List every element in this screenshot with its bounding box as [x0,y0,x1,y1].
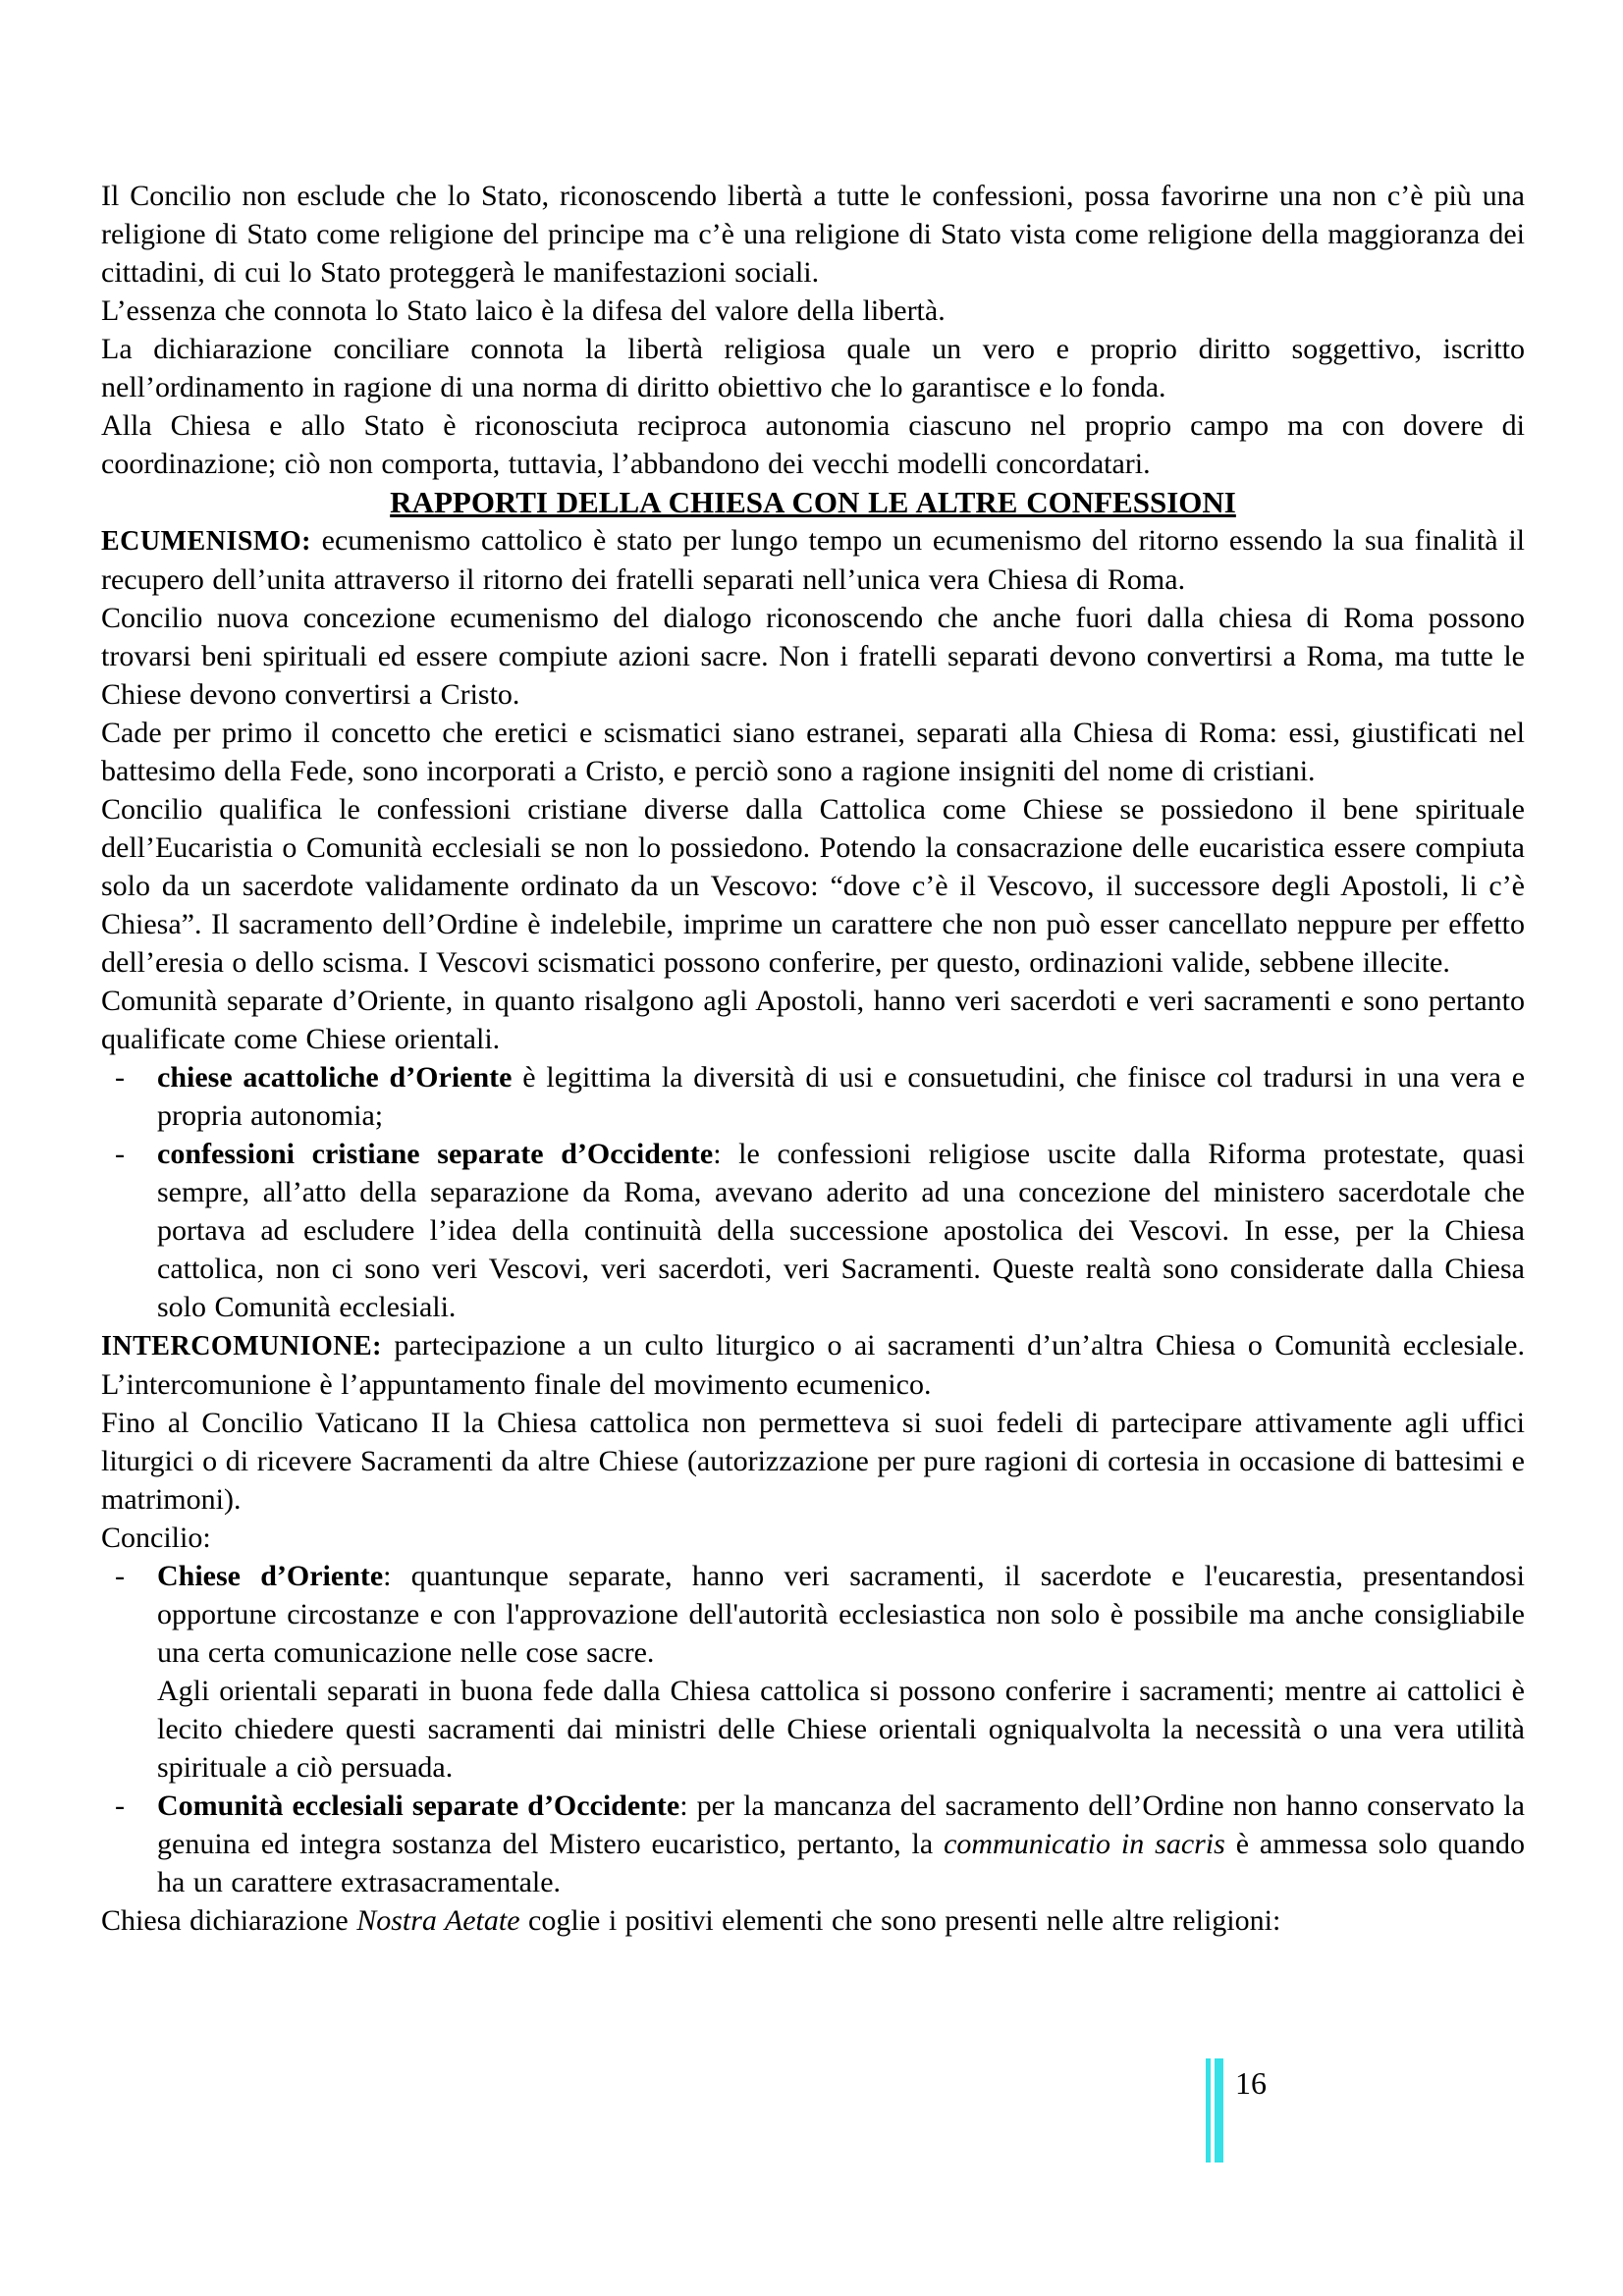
text-run: chiese acattoliche d’Oriente [157,1061,512,1094]
text-run: Cade per primo il concetto che eretici e… [101,717,1525,787]
paragraph: Chiesa dichiarazione Nostra Aetate cogli… [101,1901,1525,1940]
text-run: confessioni cristiane separate d’Occiden… [157,1138,713,1170]
section-heading: RAPPORTI DELLA CHIESA CON LE ALTRE CONFE… [101,483,1525,521]
page-number: 16 [1235,2067,1267,2099]
document-body: Il Concilio non esclude che lo Stato, ri… [101,177,1525,1940]
paragraph: Concilio nuova concezione ecumenismo del… [101,599,1525,714]
text-run: Agli orientali separati in buona fede da… [157,1675,1525,1784]
paragraph: L’essenza che connota lo Stato laico è l… [101,292,1525,330]
text-run: Nostra Aetate [356,1904,519,1937]
accent-stripe-thick [1215,2058,1223,2163]
bullet-dash: - [115,1557,125,1595]
page-number-accent-bar [1206,2058,1223,2163]
list-item-continuation: Agli orientali separati in buona fede da… [101,1672,1525,1787]
text-run: ECUMENISMO: [101,526,311,557]
paragraph: Concilio qualifica le confessioni cristi… [101,790,1525,982]
text-run: Comunità ecclesiali separate d’Occidente [157,1789,679,1822]
text-run: Chiesa dichiarazione [101,1904,356,1937]
text-run: Chiese d’Oriente [157,1560,383,1592]
paragraph: Fino al Concilio Vaticano II la Chiesa c… [101,1404,1525,1519]
bullet-dash: - [115,1135,125,1173]
text-run: Concilio: [101,1522,211,1554]
paragraph: INTERCOMUNIONE: partecipazione a un cult… [101,1326,1525,1404]
paragraph: Cade per primo il concetto che eretici e… [101,714,1525,790]
list-item: -Chiese d’Oriente: quantunque separate, … [101,1557,1525,1672]
text-run: RAPPORTI DELLA CHIESA CON LE ALTRE CONFE… [390,485,1236,519]
text-run: Concilio nuova concezione ecumenismo del… [101,602,1525,711]
text-run: La dichiarazione conciliare connota la l… [101,333,1525,403]
text-run: Concilio qualifica le confessioni cristi… [101,793,1525,979]
page-footer: 16 [1206,2058,1267,2163]
list-item: -Comunità ecclesiali separate d’Occident… [101,1787,1525,1901]
paragraph: Concilio: [101,1519,1525,1557]
bullet-dash: - [115,1058,125,1096]
text-run: ecumenismo cattolico è stato per lungo t… [101,524,1525,596]
paragraph: Il Concilio non esclude che lo Stato, ri… [101,177,1525,292]
text-run: INTERCOMUNIONE: [101,1331,382,1362]
text-run: Fino al Concilio Vaticano II la Chiesa c… [101,1407,1525,1516]
paragraph: Comunità separate d’Oriente, in quanto r… [101,982,1525,1058]
paragraph: Alla Chiesa e allo Stato è riconosciuta … [101,406,1525,483]
paragraph: ECUMENISMO: ecumenismo cattolico è stato… [101,521,1525,599]
text-run: Il Concilio non esclude che lo Stato, ri… [101,180,1525,289]
document-page: Il Concilio non esclude che lo Stato, ri… [0,0,1623,2296]
bullet-dash: - [115,1787,125,1825]
list-item: -chiese acattoliche d’Oriente è legittim… [101,1058,1525,1135]
text-run: communicatio in sacris [944,1828,1225,1860]
paragraph: La dichiarazione conciliare connota la l… [101,330,1525,406]
text-run: coglie i positivi elementi che sono pres… [520,1904,1281,1937]
list-item: -confessioni cristiane separate d’Occide… [101,1135,1525,1326]
text-run: L’essenza che connota lo Stato laico è l… [101,294,946,327]
text-run: Alla Chiesa e allo Stato è riconosciuta … [101,409,1525,480]
text-run: Comunità separate d’Oriente, in quanto r… [101,985,1525,1055]
